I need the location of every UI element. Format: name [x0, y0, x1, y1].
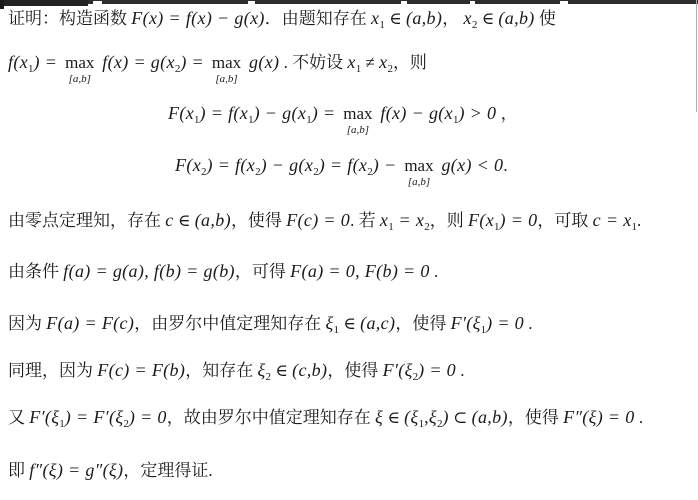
math-run: F″(ξ) = 0	[563, 407, 635, 427]
math-run: ) − g(x	[261, 155, 314, 175]
math-run: f″(ξ) = g″(ξ)	[29, 460, 123, 480]
text-run: 由零点定理知，存在	[8, 211, 165, 230]
proof-line-intro: 证明：构造函数 F(x) = f(x) − g(x)．由题知存在 x1 ∈ (a…	[8, 5, 556, 38]
math-run: (c,b)	[292, 360, 327, 380]
scan-artifact-notch	[248, 1, 255, 4]
text-run: ，使得	[231, 211, 286, 230]
symbol-run: .	[279, 53, 292, 72]
proof-line-second-derivative: 又 F′(ξ1) = F′(ξ2) = 0，故由罗尔中值定理知存在 ξ ∈ (ξ…	[8, 404, 643, 437]
symbol-run: .	[350, 211, 359, 230]
math-run: ) = 0	[418, 360, 456, 380]
proof-line-zero-point-theorem: 由零点定理知，存在 c ∈ (a,b)，使得 F(c) = 0. 若 x1 = …	[8, 207, 641, 240]
math-run: ) =	[180, 52, 209, 72]
math-run: ) = F′(ξ	[65, 407, 124, 427]
scan-artifact-left-nub	[0, 0, 4, 9]
proof-line-rolle-second-interval: 同理，因为 F(c) = F(b)，知存在 ξ2 ∈ (c,b)，使得 F′(ξ…	[8, 357, 465, 390]
math-run: (a,c)	[360, 313, 395, 333]
math-run: ) = f(x	[207, 155, 256, 175]
text-run: ，	[496, 104, 517, 123]
math-run: ) =	[312, 103, 341, 123]
math-run: ) > 0	[458, 103, 496, 123]
max-domain-label: [a,b]	[215, 66, 237, 92]
symbol-run: .	[456, 361, 465, 380]
proof-line-rolle-first-interval: 因为 F(a) = F(c)，由罗尔中值定理知存在 ξ1 ∈ (a,c)，使得 …	[8, 310, 533, 343]
math-run: F′(ξ	[383, 360, 413, 380]
math-run: x	[347, 52, 355, 72]
math-run: F(x) = f(x) − g(x)	[131, 8, 265, 28]
math-run: F(a) = F(c)	[46, 313, 134, 333]
math-run: (a,b)	[406, 8, 442, 28]
symbol-run: ∈	[383, 408, 404, 427]
scan-artifact-right-edge	[696, 0, 697, 112]
text-run: ，定理得证	[123, 461, 208, 480]
math-run: F′(ξ	[29, 407, 59, 427]
symbol-run: .	[503, 156, 507, 175]
text-run: ，	[442, 9, 463, 28]
math-run: x	[380, 210, 388, 230]
math-run: ) = 0	[129, 407, 167, 427]
math-run: ) =	[34, 52, 63, 72]
math-run: F(x	[168, 103, 194, 123]
symbol-run: .	[524, 314, 533, 333]
max-operator: max[a,b]	[404, 153, 433, 179]
text-run: ，使得	[508, 408, 563, 427]
scan-artifact-notch	[93, 1, 102, 4]
text-run: ．由题知存在	[265, 9, 371, 28]
symbol-run: .	[635, 408, 644, 427]
proof-line-boundary-condition: 由条件 f(a) = g(a), f(b) = g(b)，可得 F(a) = 0…	[8, 258, 438, 285]
text-run: ，由罗尔中值定理知存在	[134, 314, 325, 333]
math-run: x	[463, 8, 471, 28]
text-run: ，则	[430, 211, 468, 230]
symbol-run: ∈	[339, 314, 360, 333]
proof-equation-F-x1-positive: F(x1) = f(x1) − g(x1) = max[a,b] f(x) − …	[168, 100, 518, 133]
scan-artifact-top-edge	[0, 0, 698, 4]
math-run: F(c) = F(b)	[97, 360, 185, 380]
text-run: ，可得	[235, 262, 290, 281]
scan-artifact-notch	[470, 1, 475, 4]
text-run: 因为	[8, 314, 46, 333]
symbol-run: ∈	[477, 9, 498, 28]
math-run: (a,b)	[195, 210, 231, 230]
max-domain-label: [a,b]	[347, 117, 369, 143]
text-run: ，使得	[395, 314, 450, 333]
text-run: 由条件	[8, 262, 63, 281]
text-run: 不妨设	[292, 53, 347, 72]
math-run: F(x	[468, 210, 494, 230]
proof-equation-F-x2-negative: F(x2) = f(x2) − g(x2) = f(x2) − max[a,b]…	[175, 152, 508, 185]
text-run: 使	[535, 9, 556, 28]
text-run: 又	[8, 408, 29, 427]
proof-line-conclusion: 即 f″(ξ) = g″(ξ)，定理得证.	[8, 457, 213, 484]
math-run: ξ	[375, 407, 383, 427]
math-run: f(x) − g(x	[376, 103, 453, 123]
text-run: ，可取	[537, 211, 592, 230]
math-run: ) = f(x	[200, 103, 249, 123]
math-run: c	[165, 210, 173, 230]
max-operator: max[a,b]	[212, 50, 241, 76]
text-run: ，故由罗尔中值定理知存在	[167, 408, 375, 427]
document-page: { "colors": { "ink": "#1b1b1b", "backgro…	[0, 0, 698, 500]
symbol-run: ∈	[174, 211, 195, 230]
math-run: F′(ξ	[451, 313, 481, 333]
math-run: g(x) < 0	[437, 155, 504, 175]
max-domain-label: [a,b]	[69, 66, 91, 92]
math-run: F(a) = 0, F(b) = 0	[290, 261, 430, 281]
math-run: F(c) = 0	[286, 210, 350, 230]
math-run: f(a) = g(a), f(b) = g(b)	[63, 261, 235, 281]
symbol-run: .	[208, 461, 212, 480]
max-domain-label: [a,b]	[408, 169, 430, 195]
symbol-run: ≠	[361, 53, 379, 72]
math-run: ) = 0	[486, 313, 524, 333]
math-run: F(x	[175, 155, 201, 175]
symbol-run: ∈	[385, 9, 406, 28]
scan-artifact-notch	[401, 1, 407, 4]
math-run: c = x	[593, 210, 632, 230]
max-operator: max[a,b]	[65, 50, 94, 76]
text-run: 证明：构造函数	[8, 9, 131, 28]
math-run: (a,b)	[472, 407, 508, 427]
math-run: (a,b)	[498, 8, 534, 28]
symbol-run: ⊂	[449, 408, 472, 427]
math-run: = x	[394, 210, 425, 230]
text-run: ，使得	[327, 361, 382, 380]
proof-line-max-condition: f(x1) = max[a,b] f(x) = g(x2) = max[a,b]…	[8, 49, 427, 82]
math-run: f(x	[8, 52, 28, 72]
symbol-run: .	[430, 262, 439, 281]
max-operator: max[a,b]	[343, 101, 372, 127]
text-run: 同理，因为	[8, 361, 97, 380]
text-run: ，知存在	[185, 361, 257, 380]
text-run: 若	[359, 211, 380, 230]
math-run: ) − g(x	[254, 103, 307, 123]
math-run: ξ	[325, 313, 333, 333]
math-run: (ξ	[404, 407, 418, 427]
text-run: 即	[8, 461, 29, 480]
math-run: ξ	[257, 360, 265, 380]
math-run: g(x)	[244, 52, 279, 72]
math-run: ) = 0	[500, 210, 538, 230]
symbol-run: .	[637, 211, 641, 230]
math-run: ,ξ	[424, 407, 437, 427]
text-run: ，则	[393, 53, 427, 72]
symbol-run: ∈	[271, 361, 292, 380]
math-run: ) = f(x	[319, 155, 368, 175]
math-run: ) −	[373, 155, 402, 175]
scan-artifact-notch	[560, 1, 568, 4]
math-run: f(x) = g(x	[97, 52, 174, 72]
